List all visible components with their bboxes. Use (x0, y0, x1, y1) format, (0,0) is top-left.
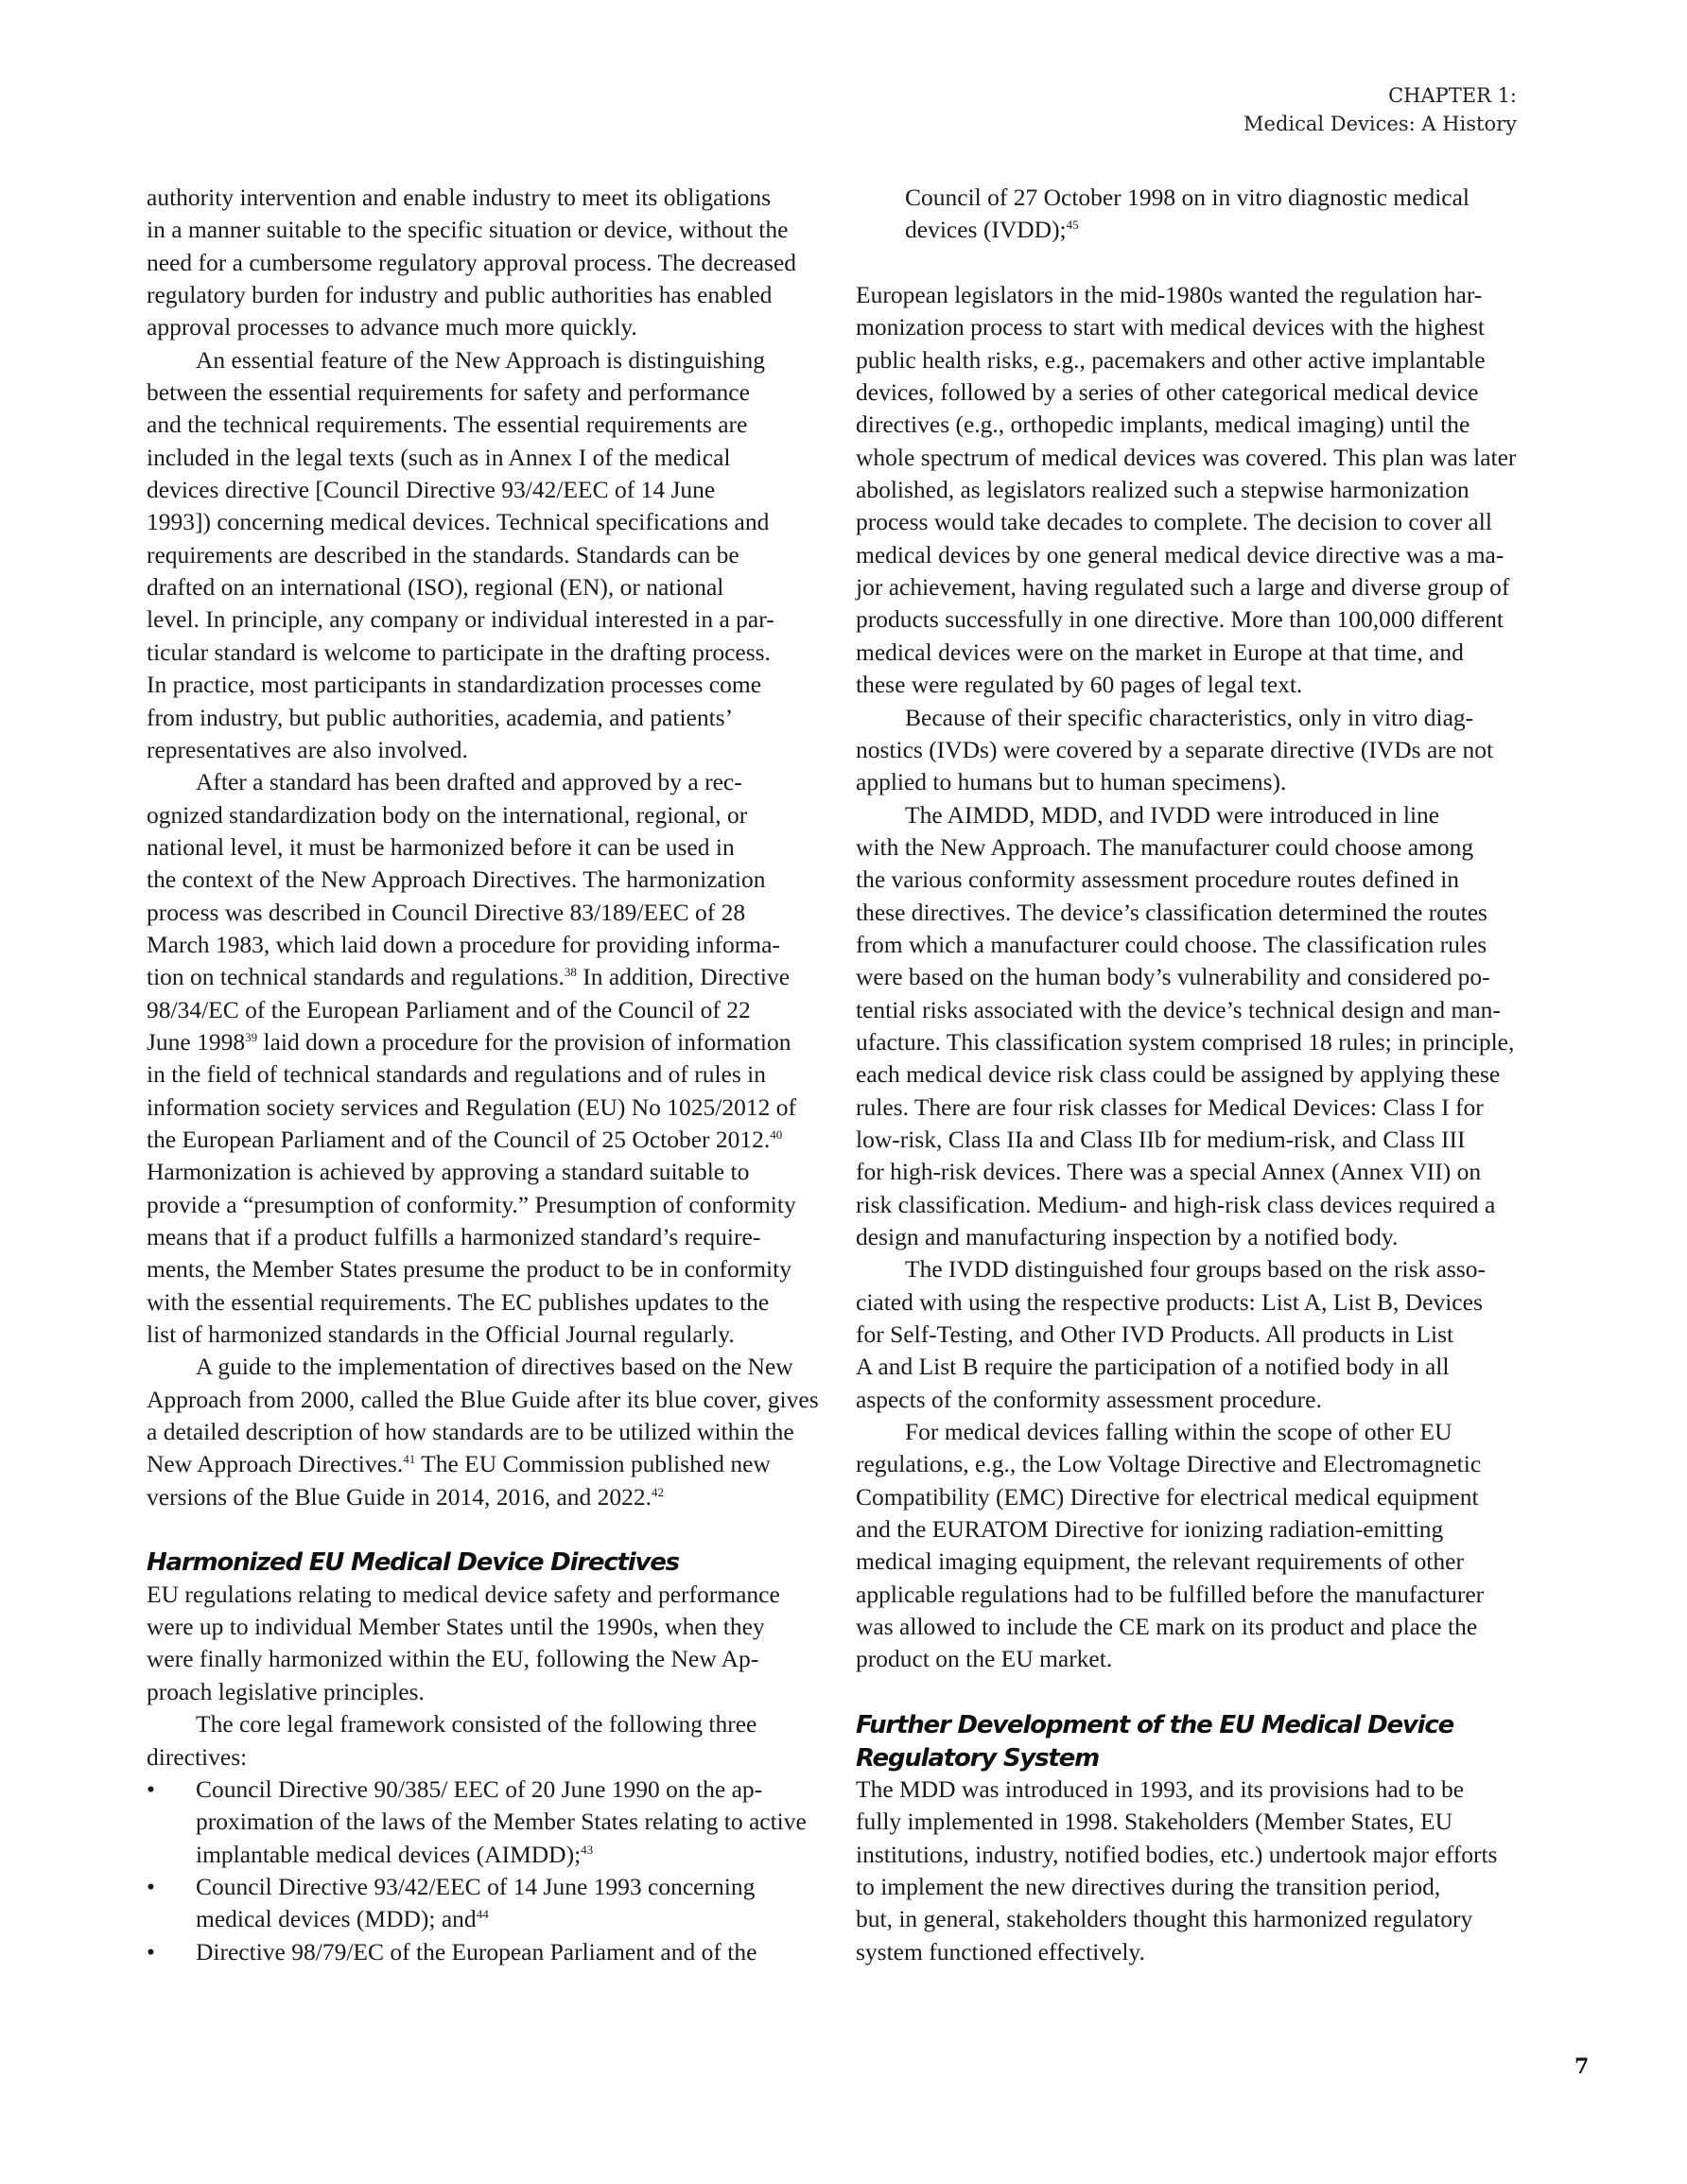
line-text: The AIMDD, MDD, and IVDD were introduced… (905, 801, 1439, 829)
text-line: An essential feature of the New Approach… (147, 344, 809, 376)
line-text: proach legislative principles. (147, 1678, 425, 1705)
line-text: The MDD was introduced in 1993, and its … (856, 1775, 1464, 1803)
spacer (147, 1513, 809, 1546)
text-line: process would take decades to complete. … (856, 506, 1518, 538)
line-text: between the essential requirements for s… (147, 378, 750, 406)
text-line: and the technical requirements. The esse… (147, 409, 809, 441)
text-line: medical devices were on the market in Eu… (856, 637, 1518, 669)
text-line: Compatibility (EMC) Directive for electr… (856, 1481, 1518, 1513)
text-line: approval processes to advance much more … (147, 311, 809, 343)
text-line: 98/34/EC of the European Parliament and … (147, 994, 809, 1026)
footnote-ref[interactable]: 41 (403, 1452, 415, 1466)
text-line: A guide to the implementation of directi… (147, 1351, 809, 1383)
text-line: directives (e.g., orthopedic implants, m… (856, 409, 1518, 441)
text-line: medical imaging equipment, the relevant … (856, 1546, 1518, 1578)
text-line: drafted on an international (ISO), regio… (147, 571, 809, 603)
line-text: regulations, e.g., the Low Voltage Direc… (856, 1450, 1481, 1477)
line-text: from which a manufacturer could choose. … (856, 931, 1487, 958)
text-line: Approach from 2000, called the Blue Guid… (147, 1384, 809, 1416)
text-line: devices directive [Council Directive 93/… (147, 474, 809, 506)
line-text: whole spectrum of medical devices was co… (856, 444, 1516, 471)
line-text: requirements are described in the standa… (147, 541, 739, 568)
line-text: 98/34/EC of the European Parliament and … (147, 996, 751, 1023)
line-text: Directive 98/79/EC of the European Parli… (196, 1938, 757, 1966)
footnote-ref[interactable]: 39 (245, 1030, 257, 1044)
line-text: For medical devices falling within the s… (905, 1418, 1452, 1445)
line-text: the European Parliament and of the Counc… (147, 1126, 770, 1153)
line-text: included in the legal texts (such as in … (147, 444, 731, 471)
line-text: jor achievement, having regulated such a… (856, 573, 1509, 601)
line-text: fully implemented in 1998. Stakeholders … (856, 1808, 1452, 1835)
line-text: representatives are also involved. (147, 736, 468, 763)
text-line: fully implemented in 1998. Stakeholders … (856, 1806, 1518, 1838)
text-line: ognized standardization body on the inte… (147, 799, 809, 831)
line-text: Harmonization is achieved by approving a… (147, 1158, 749, 1185)
line-text: in the field of technical standards and … (147, 1060, 766, 1088)
text-line: ciated with using the respective product… (856, 1286, 1518, 1319)
text-line: between the essential requirements for s… (147, 376, 809, 409)
footnote-ref[interactable]: 43 (581, 1843, 593, 1857)
line-text: a detailed description of how standards … (147, 1418, 794, 1445)
text-line: In practice, most participants in standa… (147, 669, 809, 701)
line-text: drafted on an international (ISO), regio… (147, 573, 723, 601)
text-line: authority intervention and enable indust… (147, 182, 809, 214)
line-text: Council Directive 93/42/EEC of 14 June 1… (196, 1873, 755, 1900)
running-header: CHAPTER 1: Medical Devices: A History (1244, 81, 1517, 138)
line-text: In practice, most participants in standa… (147, 671, 761, 698)
text-line: The core legal framework consisted of th… (147, 1708, 809, 1740)
line-text: ticular standard is welcome to participa… (147, 638, 771, 666)
line-text: these were regulated by 60 pages of lega… (856, 671, 1302, 698)
line-text: low-risk, Class IIa and Class IIb for me… (856, 1126, 1465, 1153)
line-text: rules. There are four risk classes for M… (856, 1093, 1484, 1121)
text-line: with the essential requirements. The EC … (147, 1286, 809, 1319)
text-line: but, in general, stakeholders thought th… (856, 1903, 1518, 1935)
text-line: EU regulations relating to medical devic… (147, 1579, 809, 1611)
page-number: 7 (1574, 2054, 1589, 2079)
text-line: and the EURATOM Directive for ionizing r… (856, 1513, 1518, 1546)
text-line: need for a cumbersome regulatory approva… (147, 247, 809, 279)
right-column: Council of 27 October 1998 on in vitro d… (856, 182, 1518, 1968)
line-text: directives: (147, 1743, 247, 1771)
line-text: process was described in Council Directi… (147, 899, 745, 926)
line-text: abolished, as legislators realized such … (856, 476, 1470, 503)
text-line: in the field of technical standards and … (147, 1058, 809, 1091)
line-text: in a manner suitable to the specific sit… (147, 216, 788, 243)
text-line: New Approach Directives.41 The EU Commis… (147, 1448, 809, 1480)
line-text: monization process to start with medical… (856, 313, 1485, 341)
line-text: public health risks, e.g., pacemakers an… (856, 346, 1486, 374)
line-text: A and List B require the participation o… (856, 1353, 1449, 1380)
text-line: in a manner suitable to the specific sit… (147, 214, 809, 246)
bullet-icon: • (147, 1936, 155, 1968)
footnote-ref[interactable]: 45 (1067, 218, 1079, 232)
line-text: risk classification. Medium- and high-ri… (856, 1191, 1495, 1218)
section-heading: Further Development of the EU Medical De… (856, 1708, 1518, 1740)
line-text: product on the EU market. (856, 1645, 1112, 1672)
footnote-ref[interactable]: 38 (565, 965, 577, 979)
line-text: EU regulations relating to medical devic… (147, 1581, 780, 1608)
text-line: jor achievement, having regulated such a… (856, 571, 1518, 603)
line-text: A guide to the implementation of directi… (196, 1353, 793, 1380)
line-text: and the EURATOM Directive for ionizing r… (856, 1515, 1443, 1543)
line-text: In addition, Directive (577, 963, 790, 990)
text-line: representatives are also involved. (147, 734, 809, 766)
text-line: directives: (147, 1741, 809, 1773)
text-line: medical devices (MDD); and44 (147, 1903, 809, 1935)
text-line: institutions, industry, notified bodies,… (856, 1839, 1518, 1871)
spacer (856, 1676, 1518, 1708)
line-text: but, in general, stakeholders thought th… (856, 1905, 1472, 1932)
line-text: versions of the Blue Guide in 2014, 2016… (147, 1483, 652, 1511)
text-line: proach legislative principles. (147, 1676, 809, 1708)
text-line: from industry, but public authorities, a… (147, 702, 809, 734)
text-line: tion on technical standards and regulati… (147, 961, 809, 993)
line-text: level. In principle, any company or indi… (147, 605, 774, 633)
line-text: the various conformity assessment proced… (856, 865, 1459, 893)
text-line: the European Parliament and of the Counc… (147, 1124, 809, 1156)
text-line: means that if a product fulfills a harmo… (147, 1221, 809, 1253)
bullet-item: •Council Directive 90/385/ EEC of 20 Jun… (147, 1773, 809, 1806)
line-text: products successfully in one directive. … (856, 605, 1504, 633)
text-line: Harmonization is achieved by approving a… (147, 1156, 809, 1188)
line-text: was allowed to include the CE mark on it… (856, 1613, 1477, 1640)
line-text: ciated with using the respective product… (856, 1288, 1483, 1316)
line-text: tion on technical standards and regulati… (147, 963, 565, 990)
text-line: 1993]) concerning medical devices. Techn… (147, 506, 809, 538)
line-text: 1993]) concerning medical devices. Techn… (147, 508, 769, 535)
text-line: design and manufacturing inspection by a… (856, 1221, 1518, 1253)
text-line: risk classification. Medium- and high-ri… (856, 1189, 1518, 1221)
line-text: design and manufacturing inspection by a… (856, 1223, 1398, 1250)
text-line: level. In principle, any company or indi… (147, 603, 809, 636)
section-heading: Regulatory System (856, 1741, 1518, 1773)
line-text: medical imaging equipment, the relevant … (856, 1547, 1464, 1575)
line-text: from industry, but public authorities, a… (147, 704, 733, 731)
line-text: list of harmonized standards in the Offi… (147, 1320, 735, 1348)
text-line: The AIMDD, MDD, and IVDD were introduced… (856, 799, 1518, 831)
text-line: applicable regulations had to be fulfill… (856, 1579, 1518, 1611)
line-text: The core legal framework consisted of th… (196, 1710, 757, 1738)
text-line: from which a manufacturer could choose. … (856, 929, 1518, 961)
line-text: for high-risk devices. There was a speci… (856, 1158, 1481, 1185)
text-line: devices (IVDD);45 (856, 214, 1518, 246)
text-line: medical devices by one general medical d… (856, 539, 1518, 571)
line-text: regulatory burden for industry and publi… (147, 281, 772, 308)
line-text: with the essential requirements. The EC … (147, 1288, 769, 1316)
line-text: New Approach Directives. (147, 1450, 403, 1477)
text-line: national level, it must be harmonized be… (147, 831, 809, 864)
text-line: nostics (IVDs) were covered by a separat… (856, 734, 1518, 766)
text-line: ufacture. This classification system com… (856, 1026, 1518, 1058)
line-text: implantable medical devices (AIMDD); (196, 1841, 581, 1868)
text-line: low-risk, Class IIa and Class IIb for me… (856, 1124, 1518, 1156)
text-line: regulations, e.g., the Low Voltage Direc… (856, 1448, 1518, 1480)
text-line: regulatory burden for industry and publi… (147, 279, 809, 311)
text-line: for Self-Testing, and Other IVD Products… (856, 1319, 1518, 1351)
line-text: March 1983, which laid down a procedure … (147, 931, 780, 958)
text-line: provide a “presumption of conformity.” P… (147, 1189, 809, 1221)
line-text: these directives. The device’s classific… (856, 899, 1487, 926)
text-line: each medical device risk class could be … (856, 1058, 1518, 1091)
bullet-icon: • (147, 1773, 155, 1806)
text-line: public health risks, e.g., pacemakers an… (856, 344, 1518, 376)
line-text: Council Directive 90/385/ EEC of 20 June… (196, 1775, 762, 1803)
line-text: national level, it must be harmonized be… (147, 833, 735, 861)
line-text: the context of the New Approach Directiv… (147, 865, 766, 893)
text-line: were finally harmonized within the EU, f… (147, 1643, 809, 1675)
line-text: Compatibility (EMC) Directive for electr… (856, 1483, 1479, 1511)
text-line: The MDD was introduced in 1993, and its … (856, 1773, 1518, 1806)
bullet-item: •Directive 98/79/EC of the European Parl… (147, 1936, 809, 1968)
text-line: list of harmonized standards in the Offi… (147, 1319, 809, 1351)
line-text: An essential feature of the New Approach… (196, 346, 765, 374)
line-text: laid down a procedure for the provision … (257, 1028, 791, 1056)
text-line: these were regulated by 60 pages of lega… (856, 669, 1518, 701)
text-line: to implement the new directives during t… (856, 1871, 1518, 1903)
line-text: medical devices by one general medical d… (856, 541, 1504, 568)
text-line: rules. There are four risk classes for M… (856, 1092, 1518, 1124)
line-text: with the New Approach. The manufacturer … (856, 833, 1473, 861)
text-line: abolished, as legislators realized such … (856, 474, 1518, 506)
line-text: process would take decades to complete. … (856, 508, 1492, 535)
text-line: proximation of the laws of the Member St… (147, 1806, 809, 1838)
text-line: a detailed description of how standards … (147, 1416, 809, 1448)
text-line: system functioned effectively. (856, 1936, 1518, 1968)
line-text: approval processes to advance much more … (147, 313, 637, 341)
text-line: implantable medical devices (AIMDD);43 (147, 1839, 809, 1871)
text-line: ments, the Member States presume the pro… (147, 1253, 809, 1285)
text-line: for high-risk devices. There was a speci… (856, 1156, 1518, 1188)
line-text: devices (IVDD); (905, 216, 1067, 243)
text-line: these directives. The device’s classific… (856, 897, 1518, 929)
line-text: ments, the Member States presume the pro… (147, 1255, 791, 1283)
text-line: requirements are described in the standa… (147, 539, 809, 571)
text-line: the context of the New Approach Directiv… (147, 864, 809, 896)
text-line: applied to humans but to human specimens… (856, 766, 1518, 798)
line-text: authority intervention and enable indust… (147, 183, 771, 211)
text-line: monization process to start with medical… (856, 311, 1518, 343)
line-text: provide a “presumption of conformity.” P… (147, 1191, 796, 1218)
line-text: tential risks associated with the device… (856, 996, 1501, 1023)
footnote-ref[interactable]: 40 (770, 1127, 782, 1142)
chapter-title: Medical Devices: A History (1244, 110, 1517, 138)
line-text: ognized standardization body on the inte… (147, 801, 747, 829)
bullet-icon: • (147, 1871, 155, 1903)
text-line: with the New Approach. The manufacturer … (856, 831, 1518, 864)
line-text: Because of their specific characteristic… (905, 704, 1473, 731)
line-text: European legislators in the mid-1980s wa… (856, 281, 1482, 308)
chapter-label: CHAPTER 1: (1244, 81, 1517, 110)
line-text: aspects of the conformity assessment pro… (856, 1386, 1322, 1413)
text-line: included in the legal texts (such as in … (147, 442, 809, 474)
text-line: March 1983, which laid down a procedure … (147, 929, 809, 961)
text-line: whole spectrum of medical devices was co… (856, 442, 1518, 474)
text-line: was allowed to include the CE mark on it… (856, 1611, 1518, 1643)
line-text: need for a cumbersome regulatory approva… (147, 249, 796, 276)
line-text: devices, followed by a series of other c… (856, 378, 1478, 406)
text-line: versions of the Blue Guide in 2014, 2016… (147, 1481, 809, 1513)
text-line: Council of 27 October 1998 on in vitro d… (856, 182, 1518, 214)
line-text: were finally harmonized within the EU, f… (147, 1645, 758, 1672)
line-text: The EU Commission published new (415, 1450, 771, 1477)
text-line: products successfully in one directive. … (856, 603, 1518, 636)
text-line: aspects of the conformity assessment pro… (856, 1384, 1518, 1416)
line-text: for Self-Testing, and Other IVD Products… (856, 1320, 1453, 1348)
line-text: means that if a product fulfills a harmo… (147, 1223, 760, 1250)
line-text: proximation of the laws of the Member St… (196, 1808, 807, 1835)
line-text: institutions, industry, notified bodies,… (856, 1841, 1497, 1868)
line-text: applicable regulations had to be fulfill… (856, 1581, 1484, 1608)
line-text: devices directive [Council Directive 93/… (147, 476, 715, 503)
section-heading: Harmonized EU Medical Device Directives (147, 1546, 809, 1578)
text-line: European legislators in the mid-1980s wa… (856, 279, 1518, 311)
text-line: The IVDD distinguished four groups based… (856, 1253, 1518, 1285)
line-text: were up to individual Member States unti… (147, 1613, 765, 1640)
text-line: product on the EU market. (856, 1643, 1518, 1675)
line-text: system functioned effectively. (856, 1938, 1145, 1966)
text-line: ticular standard is welcome to participa… (147, 637, 809, 669)
line-text: Approach from 2000, called the Blue Guid… (147, 1386, 819, 1413)
left-column: authority intervention and enable indust… (147, 182, 809, 1968)
text-line: June 199839 laid down a procedure for th… (147, 1026, 809, 1058)
line-text: medical devices (MDD); and (196, 1905, 477, 1932)
line-text: medical devices were on the market in Eu… (856, 638, 1464, 666)
line-text: nostics (IVDs) were covered by a separat… (856, 736, 1493, 763)
line-text: directives (e.g., orthopedic implants, m… (856, 411, 1470, 438)
line-text: and the technical requirements. The esse… (147, 411, 747, 438)
text-line: A and List B require the participation o… (856, 1351, 1518, 1383)
text-line: the various conformity assessment proced… (856, 864, 1518, 896)
text-line: were up to individual Member States unti… (147, 1611, 809, 1643)
footnote-ref[interactable]: 42 (652, 1485, 664, 1499)
line-text: to implement the new directives during t… (856, 1873, 1440, 1900)
text-line: Because of their specific characteristic… (856, 702, 1518, 734)
bullet-item: •Council Directive 93/42/EEC of 14 June … (147, 1871, 809, 1903)
line-text: each medical device risk class could be … (856, 1060, 1500, 1088)
line-text: Council of 27 October 1998 on in vitro d… (905, 183, 1470, 211)
line-text: June 1998 (147, 1028, 245, 1056)
line-text: information society services and Regulat… (147, 1093, 796, 1121)
line-text: After a standard has been drafted and ap… (196, 768, 742, 795)
text-line: tential risks associated with the device… (856, 994, 1518, 1026)
text-line: information society services and Regulat… (147, 1092, 809, 1124)
line-text: were based on the human body’s vulnerabi… (856, 963, 1490, 990)
text-line: After a standard has been drafted and ap… (147, 766, 809, 798)
line-text: ufacture. This classification system com… (856, 1028, 1514, 1056)
text-line: For medical devices falling within the s… (856, 1416, 1518, 1448)
line-text: The IVDD distinguished four groups based… (905, 1255, 1486, 1283)
line-text: applied to humans but to human specimens… (856, 768, 1286, 795)
spacer (856, 247, 1518, 279)
text-line: devices, followed by a series of other c… (856, 376, 1518, 409)
text-line: process was described in Council Directi… (147, 897, 809, 929)
text-line: were based on the human body’s vulnerabi… (856, 961, 1518, 993)
footnote-ref[interactable]: 44 (477, 1907, 489, 1921)
